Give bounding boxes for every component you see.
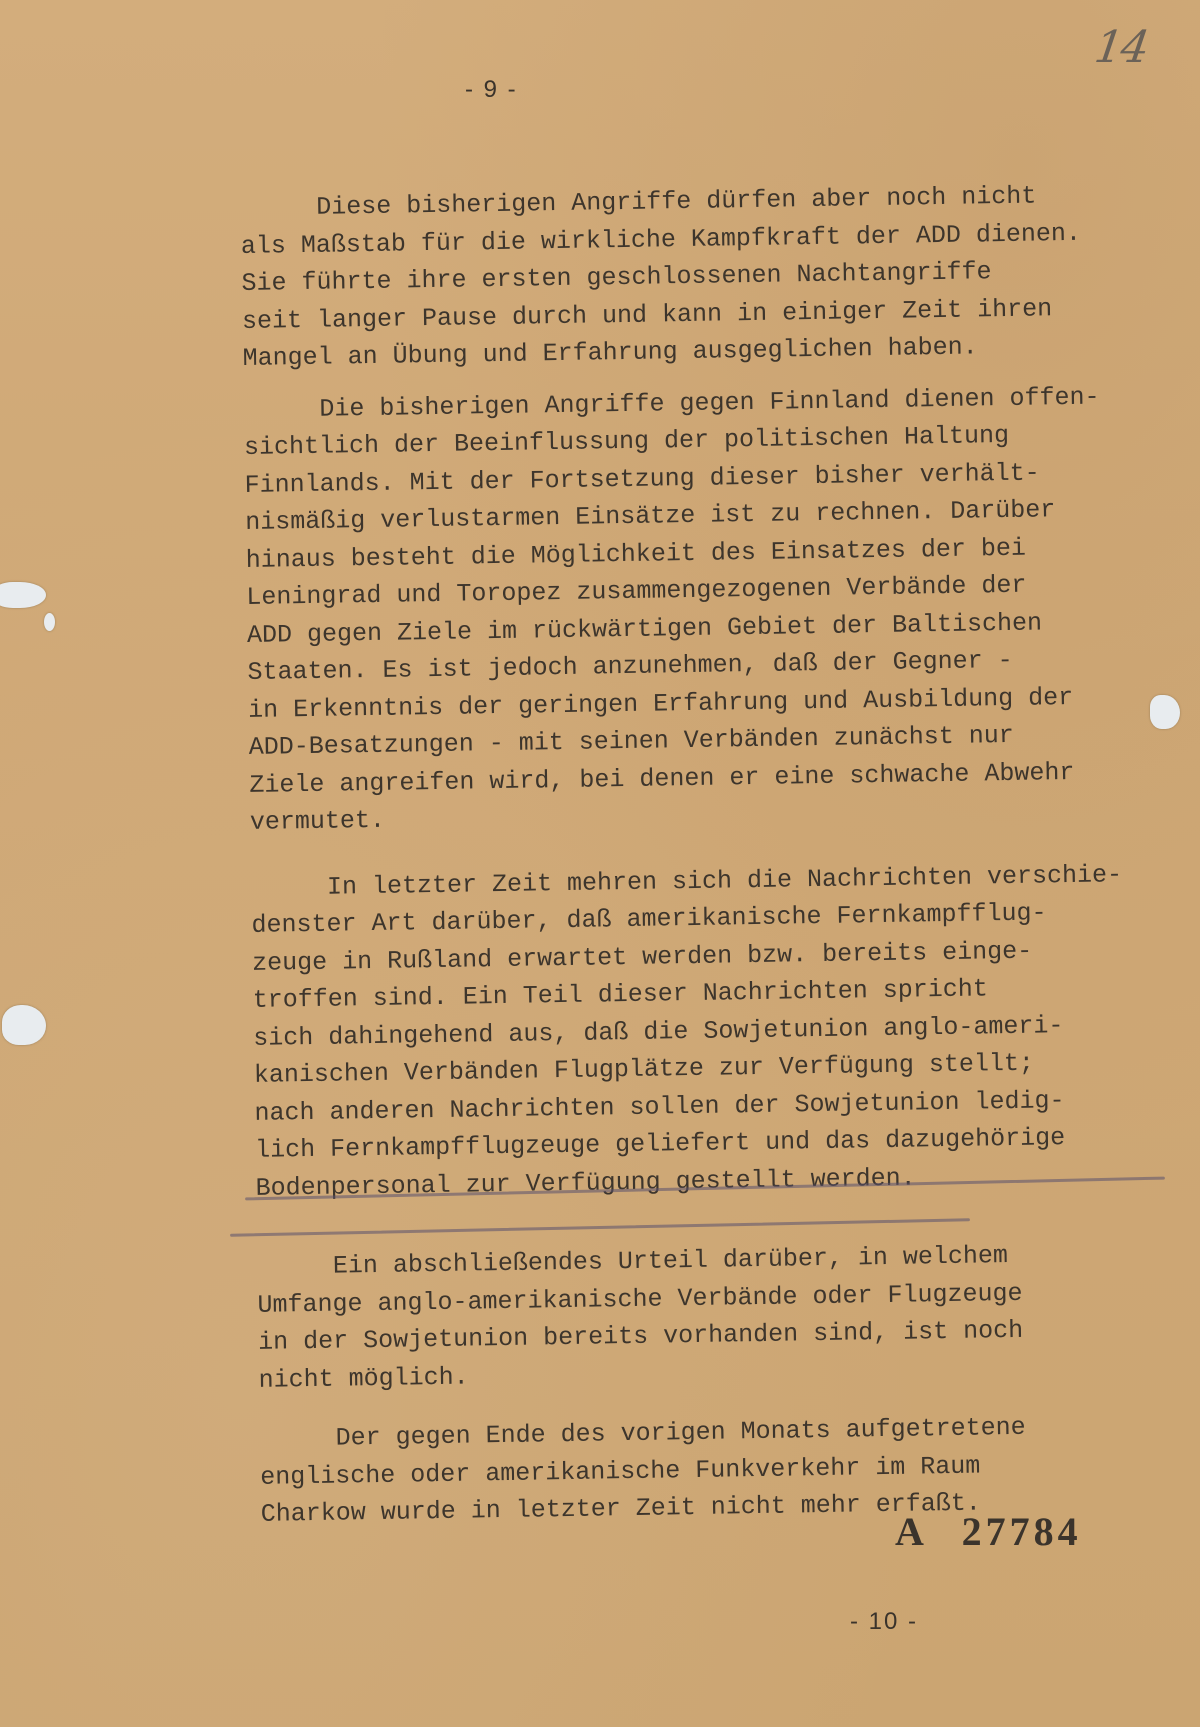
page-number-bottom: - 10 - [850, 1608, 918, 1636]
punch-hole [2, 1005, 46, 1045]
paragraph-1: Diese bisherigen Angriffe dürfen aber no… [240, 176, 1143, 378]
document-body: Diese bisherigen Angriffe dürfen aber no… [240, 176, 1161, 1547]
punch-hole-fragment [44, 613, 55, 631]
archive-stamp: A 27784 [895, 1508, 1082, 1555]
handwritten-folio-number: 14 [1091, 22, 1150, 73]
page-number-top: - 9 - [465, 76, 518, 104]
paragraph-2: Die bisherigen Angriffe gegen Finnland d… [243, 377, 1150, 841]
paragraph-3: In letzter Zeit mehren sich die Nachrich… [251, 855, 1156, 1207]
paragraph-4: Ein abschließendes Urteil darüber, in we… [257, 1235, 1159, 1399]
paper-tear [1150, 695, 1180, 729]
